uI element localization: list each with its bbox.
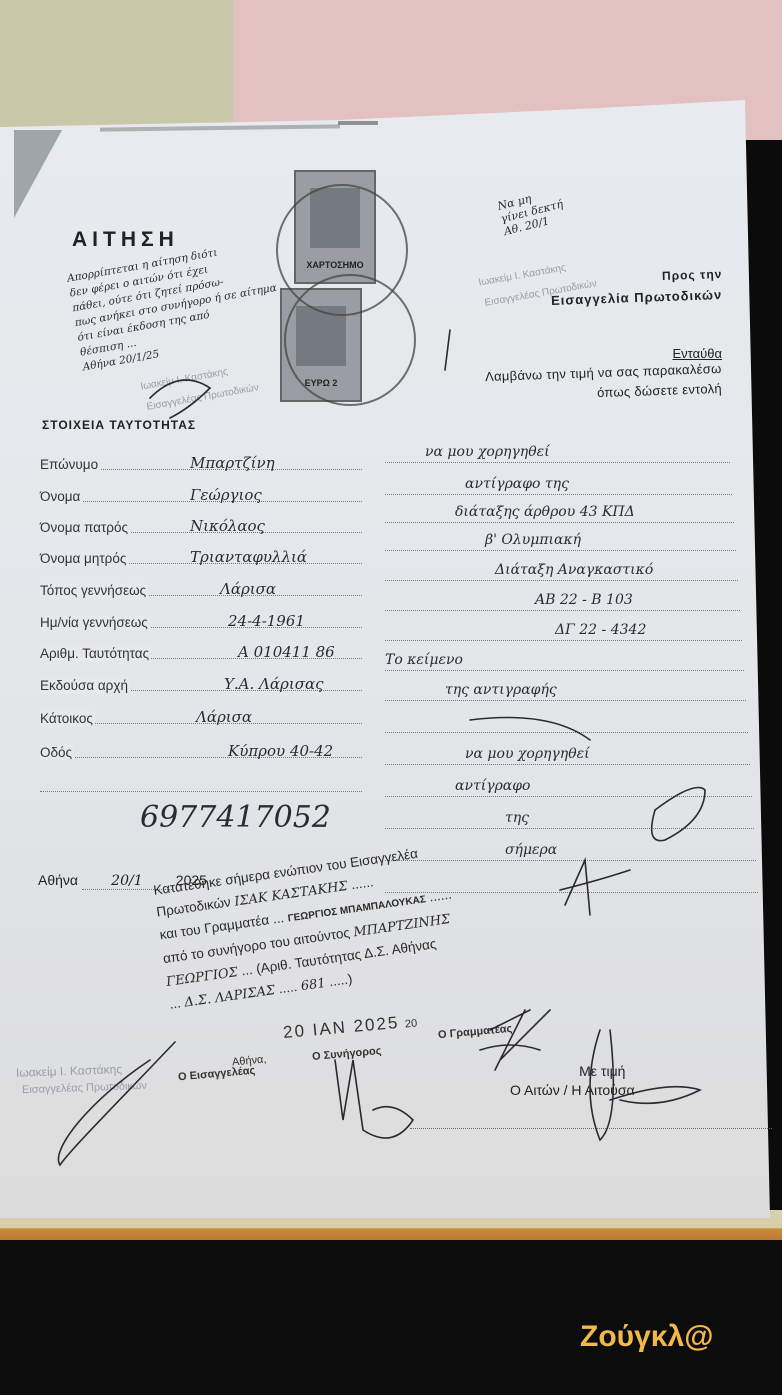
request-line: να μου χορηγηθεί xyxy=(385,440,730,463)
identity-field: Όνομα πατρόςΝικόλαος xyxy=(40,515,362,537)
request-text: Το κείμενο xyxy=(385,652,463,668)
request-line: ΑΒ 22 - Β 103 xyxy=(385,588,740,611)
request-line: της αντιγραφής xyxy=(385,678,746,701)
identity-field xyxy=(40,774,362,796)
field-label: Εκδούσα αρχή xyxy=(40,678,130,693)
field-label: Όνομα xyxy=(40,489,82,504)
request-line: β' Ολυμπιακή xyxy=(385,528,736,551)
header-bar-mark xyxy=(338,121,378,125)
request-line: αντίγραφο xyxy=(385,774,752,797)
identity-section-title: ΣΤΟΙΧΕΙΑ ΤΑΥΤΟΤΗΤΑΣ xyxy=(42,418,196,432)
request-text: να μου χορηγηθεί xyxy=(465,746,590,762)
field-label: Όνομα πατρός xyxy=(40,520,130,535)
identity-field: Ημ/νία γεννήσεως24-4-1961 xyxy=(40,610,362,632)
identity-field: ΌνομαΓεώργιος xyxy=(40,484,362,506)
request-text: αντίγραφο xyxy=(455,778,530,794)
identity-field: ΚάτοικοςΛάρισα xyxy=(40,706,362,728)
identity-field: Εκδούσα αρχήΥ.Α. Λάρισας xyxy=(40,673,362,695)
signature-line xyxy=(410,1128,772,1129)
request-text: ΔΓ 22 - 4342 xyxy=(555,622,646,638)
request-text: διάταξης άρθρου 43 ΚΠΔ xyxy=(455,504,635,520)
phone-number: 6977417052 xyxy=(140,800,331,835)
field-value: Γεώργιος xyxy=(190,486,262,504)
identity-field: Όνομα μητρόςΤριανταφυλλιά xyxy=(40,546,362,568)
request-text: αντίγραφο της xyxy=(465,476,569,492)
field-value: Νικόλαος xyxy=(190,517,265,535)
city-label: Αθήνα xyxy=(38,872,78,888)
dotted-line xyxy=(40,791,362,792)
field-value: Λάρισα xyxy=(196,708,252,726)
request-line: διάταξης άρθρου 43 ΚΠΔ xyxy=(385,500,734,523)
request-text: της αντιγραφής xyxy=(445,682,557,698)
corner-mark xyxy=(14,130,62,218)
request-line xyxy=(385,710,748,733)
field-value: 24-4-1961 xyxy=(228,612,305,630)
field-label: Κάτοικος xyxy=(40,711,95,726)
request-line: να μου χορηγηθεί xyxy=(385,742,750,765)
field-label: Όνομα μητρός xyxy=(40,551,128,566)
request-line: αντίγραφο της xyxy=(385,472,732,495)
field-label: Οδός xyxy=(40,745,74,760)
field-label: Επώνυμο xyxy=(40,457,100,472)
addressee-to: Προς την xyxy=(661,267,722,283)
field-label: Τόπος γεννήσεως xyxy=(40,583,148,598)
field-label: Αριθμ. Ταυτότητας xyxy=(40,646,151,661)
identity-field: ΟδόςΚύπρου 40-42 xyxy=(40,740,362,762)
year-suffix: 20 xyxy=(405,1017,418,1030)
request-line: της xyxy=(385,806,754,829)
closing-text: Με τιμή xyxy=(570,1062,635,1081)
watermark-logo: Ζούγκλ@ xyxy=(580,1320,713,1354)
request-line: Το κείμενο xyxy=(385,648,744,671)
official-seal xyxy=(284,274,416,406)
request-text: της xyxy=(505,810,529,826)
background-dark xyxy=(0,1240,782,1395)
request-text: Διάταξη Αναγκαστικό xyxy=(495,562,653,578)
field-label: Ημ/νία γεννήσεως xyxy=(40,615,150,630)
background-wall-left xyxy=(0,0,233,140)
identity-field: Αριθμ. ΤαυτότηταςΑ 010411 86 xyxy=(40,641,362,663)
field-value: Τριανταφυλλιά xyxy=(190,548,307,566)
revenue-stamps: ΧΑΡΤΟΣΗΜΟ ΕΥΡΩ 2 xyxy=(268,170,418,410)
applicant-label: Ο Αιτών / Η Αιτούσα xyxy=(510,1081,635,1100)
request-text: ΑΒ 22 - Β 103 xyxy=(535,592,633,608)
field-value: Α 010411 86 xyxy=(238,643,335,661)
identity-field: ΕπώνυμοΜπαρτζίνη xyxy=(40,452,362,474)
field-value: Κύπρου 40-42 xyxy=(228,742,333,760)
identity-field: Τόπος γεννήσεωςΛάρισα xyxy=(40,578,362,600)
request-text: β' Ολυμπιακή xyxy=(485,532,581,548)
request-line: Διάταξη Αναγκαστικό xyxy=(385,558,738,581)
lawyer-id: 681 xyxy=(300,976,327,994)
field-value: Μπαρτζίνη xyxy=(190,454,275,472)
addressee-here: Ενταύθα xyxy=(673,346,723,361)
field-value: Λάρισα xyxy=(220,580,276,598)
request-text: να μου χορηγηθεί xyxy=(425,444,550,460)
document-title: ΑΙΤΗΣΗ xyxy=(72,228,179,252)
request-line: ΔΓ 22 - 4342 xyxy=(385,618,742,641)
field-value: Υ.Α. Λάρισας xyxy=(224,675,323,693)
closing-signature-block: Με τιμή Ο Αιτών / Η Αιτούσα xyxy=(510,1062,635,1100)
